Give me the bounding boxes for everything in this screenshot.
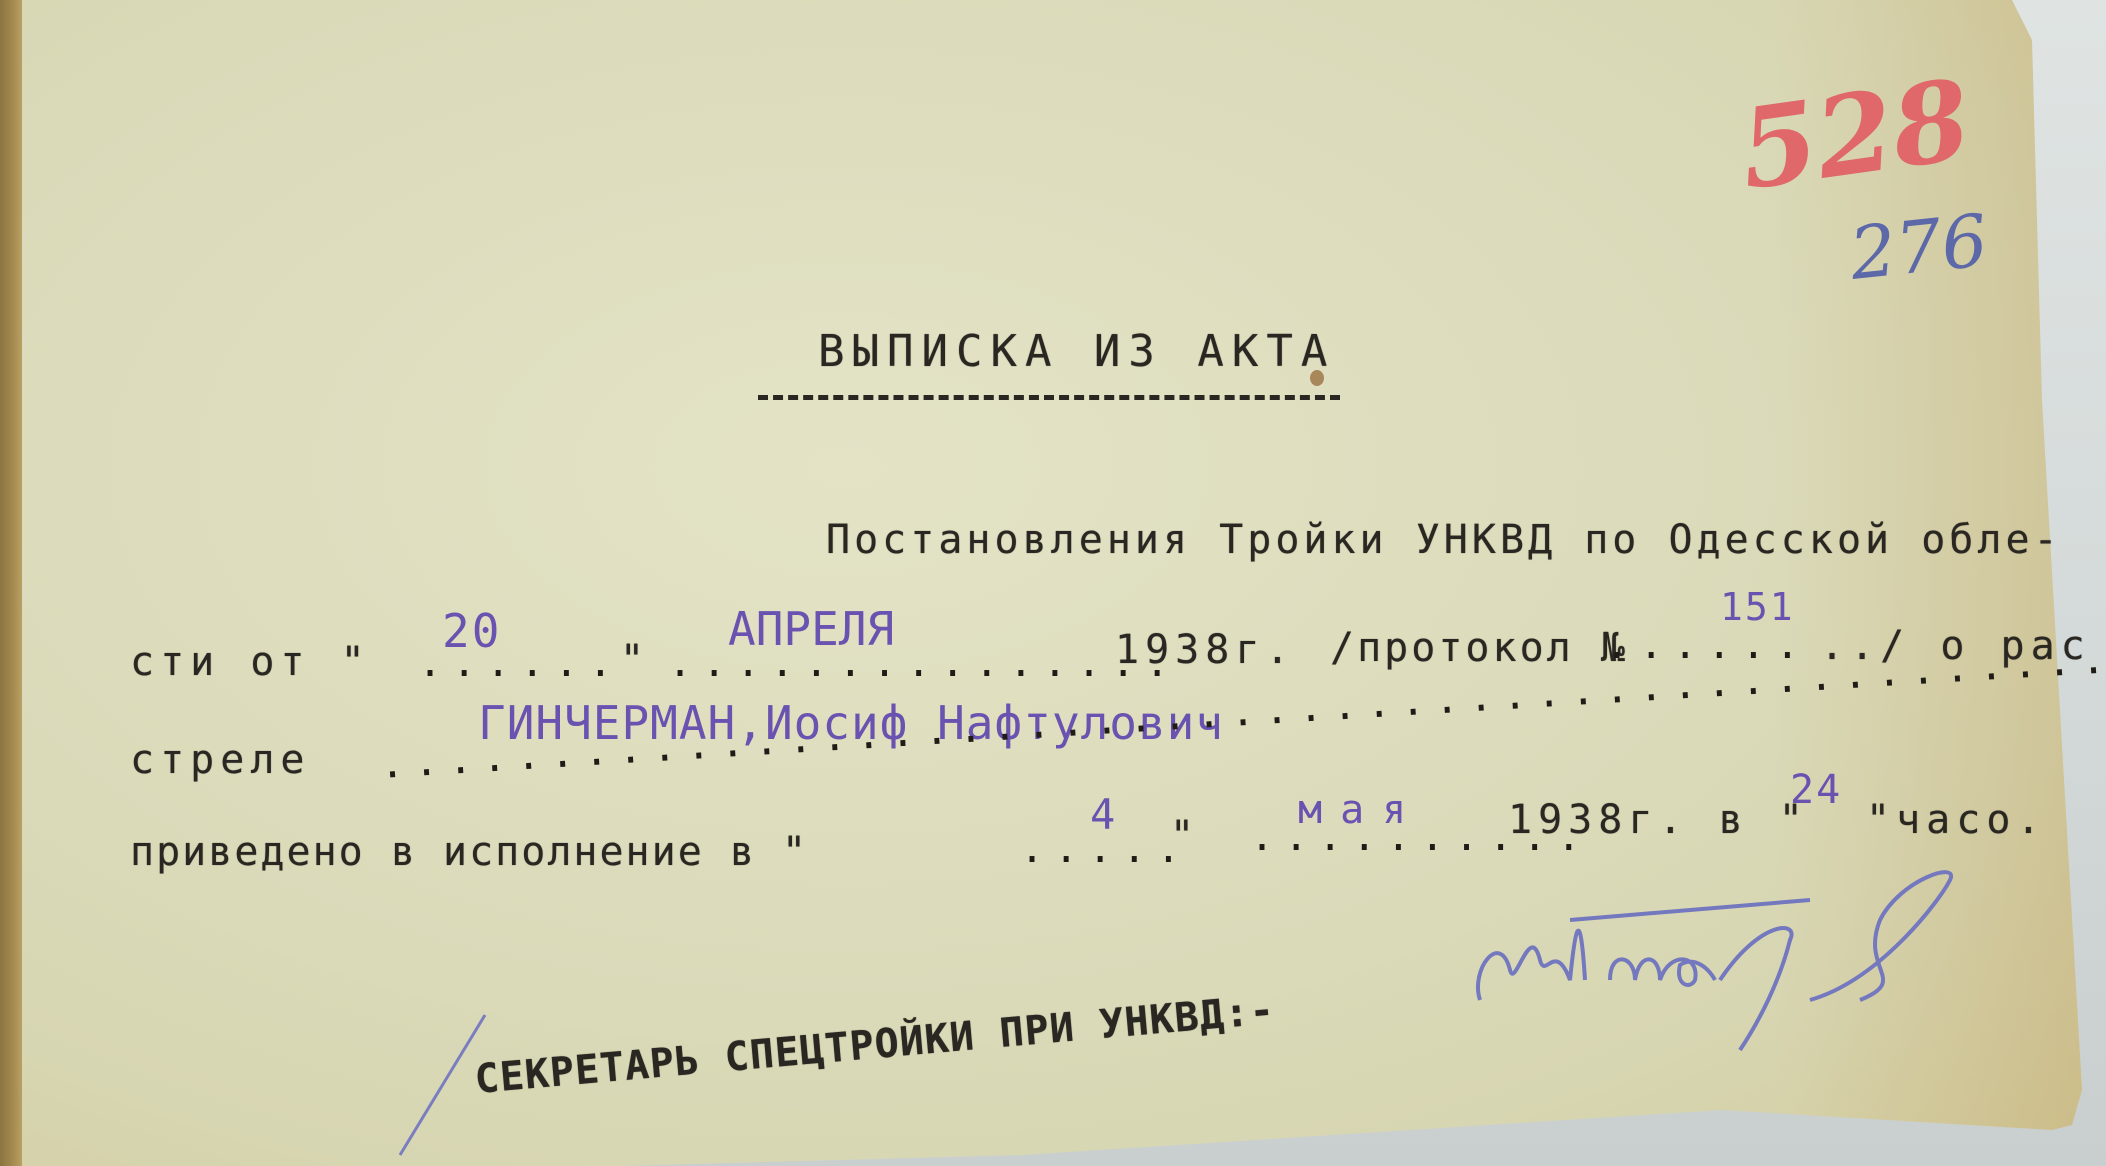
dot-leader: ......: [418, 640, 623, 686]
folder-binding-edge: [0, 0, 24, 1166]
text-line-1: Постановления Тройки УНКВД по Одесской о…: [826, 520, 2062, 560]
quote-mark: ": [1170, 816, 1200, 856]
document-title: ВЫПИСКА ИЗ АКТА: [818, 330, 1335, 374]
text-line-3-prefix: стреле: [130, 740, 311, 780]
dot-leader: .....: [1020, 826, 1190, 872]
text-line-4-prefix: приведено в исполнение в ": [130, 832, 808, 872]
execution-hour: 24: [1790, 770, 1842, 810]
ink-stain: [1310, 370, 1324, 386]
text-line-2-prefix: сти от ": [130, 642, 371, 682]
quote-mark: ": [620, 640, 650, 680]
protocol-label: /протокол №: [1330, 628, 1628, 668]
sheet-number-blue: 276: [1846, 198, 1991, 296]
year-text: 1938г.: [1115, 630, 1296, 670]
execution-year: 1938г. в ": [1508, 800, 1809, 840]
title-underline: [758, 395, 1340, 400]
text-line-4-suffix: "часо.: [1866, 800, 2047, 840]
dot-leader: ...............: [668, 640, 1179, 686]
pen-mark: [390, 1010, 490, 1160]
protocol-number: 151: [1720, 588, 1795, 626]
signature: [1460, 860, 1980, 1060]
